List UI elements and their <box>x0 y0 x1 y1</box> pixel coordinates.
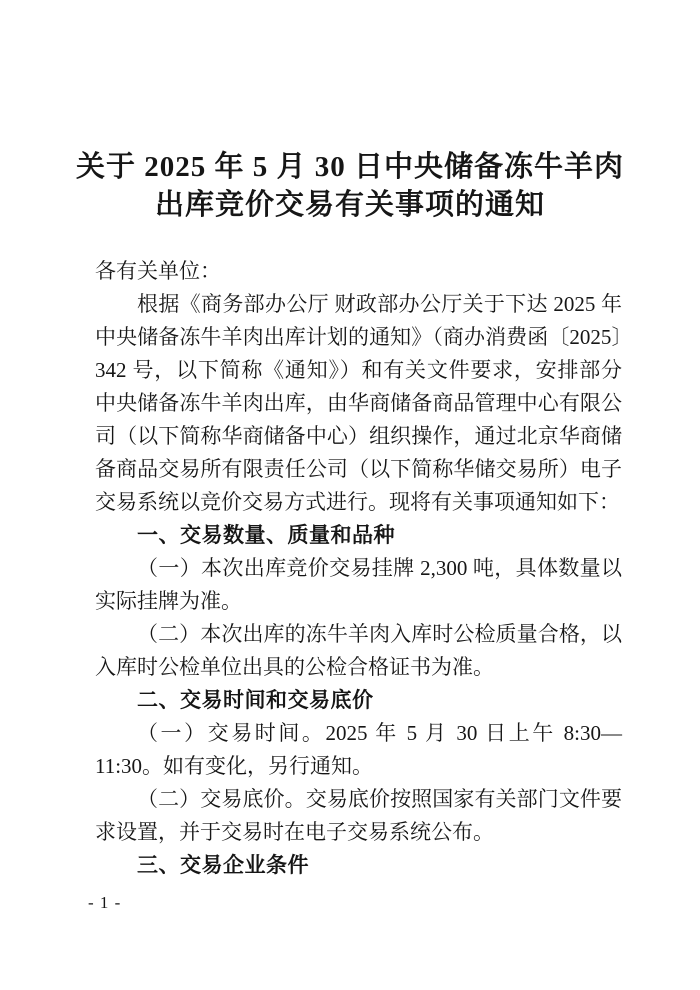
document-body: 各有关单位： 根据《商务部办公厅 财政部办公厅关于下达 2025 年中央储备冻牛… <box>95 255 622 882</box>
document-page: 关于 2025 年 5 月 30 日中央储备冻牛羊肉 出库竞价交易有关事项的通知… <box>0 0 700 990</box>
intro-paragraph: 根据《商务部办公厅 财政部办公厅关于下达 2025 年中央储备冻牛羊肉出库计划的… <box>95 288 622 519</box>
section-1-item-2: （二）本次出库的冻牛羊肉入库时公检质量合格，以入库时公检单位出具的公检合格证书为… <box>95 618 622 684</box>
section-2-heading: 二、交易时间和交易底价 <box>95 684 622 717</box>
page-number: - 1 - <box>88 893 121 913</box>
title-line-2: 出库竞价交易有关事项的通知 <box>50 186 650 224</box>
salutation: 各有关单位： <box>95 255 622 288</box>
section-1-heading: 一、交易数量、质量和品种 <box>95 519 622 552</box>
section-3-heading: 三、交易企业条件 <box>95 849 622 882</box>
section-2-item-1: （一）交易时间。2025 年 5 月 30 日上午 8:30—11:30。如有变… <box>95 717 622 783</box>
section-2-item-2: （二）交易底价。交易底价按照国家有关部门文件要求设置，并于交易时在电子交易系统公… <box>95 783 622 849</box>
section-1-item-1: （一）本次出库竞价交易挂牌 2,300 吨，具体数量以实际挂牌为准。 <box>95 552 622 618</box>
title-line-1: 关于 2025 年 5 月 30 日中央储备冻牛羊肉 <box>50 148 650 186</box>
document-title: 关于 2025 年 5 月 30 日中央储备冻牛羊肉 出库竞价交易有关事项的通知 <box>50 148 650 224</box>
